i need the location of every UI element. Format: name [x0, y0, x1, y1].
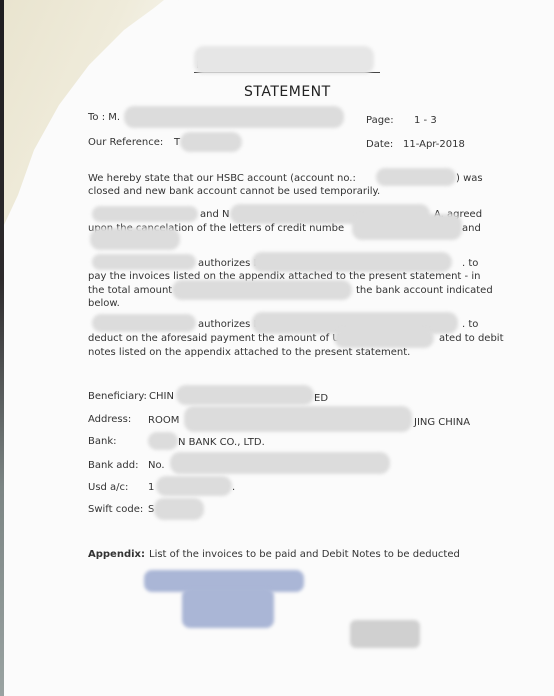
redaction-bank — [148, 432, 178, 450]
bank-add-value-start: No. — [148, 459, 165, 472]
page-value: 1 - 3 — [414, 114, 437, 127]
usd-account-value-start: 1 — [148, 481, 154, 494]
redaction-bank-add — [170, 452, 390, 474]
p4-line2-end: ated to debit — [439, 332, 504, 345]
p4-line3: notes listed on the appendix attached to… — [88, 346, 410, 359]
page-label: Page: — [366, 114, 394, 127]
p3-line1-mid: authorizes I — [198, 257, 256, 270]
redaction-to — [124, 106, 344, 128]
redaction-company — [194, 46, 374, 74]
signature-redaction — [350, 620, 420, 648]
document-title: STATEMENT — [244, 84, 331, 100]
document-page: FERSOL IND STATEMENT To : M. Page: 1 - 3… — [4, 0, 554, 696]
reference-label: Our Reference: — [88, 136, 163, 149]
p1-line2: closed and new bank account cannot be us… — [88, 185, 380, 198]
p3-line1-end: . to — [462, 257, 478, 270]
appendix-text: List of the invoices to be paid and Debi… — [149, 548, 460, 561]
redaction-reference — [180, 132, 242, 152]
p2-line1-mid: and N — [200, 208, 229, 221]
address-value-start: ROOM — [148, 414, 179, 427]
bank-value: N BANK CO., LTD. — [178, 436, 265, 449]
p3-line3: the total amount — [88, 284, 172, 297]
p3-line4: below. — [88, 297, 120, 310]
redaction-p3-a — [92, 254, 196, 270]
appendix-label: Appendix: — [88, 548, 145, 561]
redaction-address — [184, 406, 412, 432]
beneficiary-value-start: CHIN — [149, 390, 174, 403]
redaction-beneficiary — [176, 385, 314, 405]
swift-label: Swift code: — [88, 503, 143, 516]
to-label: To : M. — [88, 111, 120, 124]
redaction-p2-c — [352, 214, 462, 240]
usd-account-value-end: . — [232, 481, 235, 494]
usd-account-label: Usd a/c: — [88, 481, 128, 494]
p2-line2-end: and — [462, 222, 481, 235]
p4-line1-mid: authorizes I — [198, 318, 256, 331]
p4-line1-end: . to — [462, 318, 478, 331]
redaction-p3-b — [252, 252, 452, 272]
p1-line1-end: ) was — [456, 172, 483, 185]
redaction-usd-account — [156, 476, 232, 496]
p4-line2: deduct on the aforesaid payment the amou… — [88, 332, 340, 345]
redaction-p3-c — [172, 280, 352, 300]
date-label: Date: — [366, 138, 393, 151]
beneficiary-label: Beneficiary: — [88, 390, 147, 403]
date-value: 11-Apr-2018 — [403, 138, 465, 151]
stamp-redaction-lower — [182, 588, 274, 628]
bank-label: Bank: — [88, 435, 117, 448]
redaction-p2-d — [90, 228, 180, 250]
redaction-p4-a — [92, 314, 196, 332]
redaction-account — [376, 168, 456, 186]
address-value-end: JING CHINA — [414, 416, 470, 429]
beneficiary-value-end: ED — [314, 392, 328, 405]
redaction-swift — [154, 498, 204, 520]
bank-add-label: Bank add: — [88, 459, 139, 472]
redaction-p2-a — [92, 206, 198, 222]
p1-line1: We hereby state that our HSBC account (a… — [88, 172, 356, 185]
p3-line3-end: the bank account indicated — [356, 284, 493, 297]
redaction-p4-c — [334, 328, 434, 348]
address-label: Address: — [88, 413, 131, 426]
